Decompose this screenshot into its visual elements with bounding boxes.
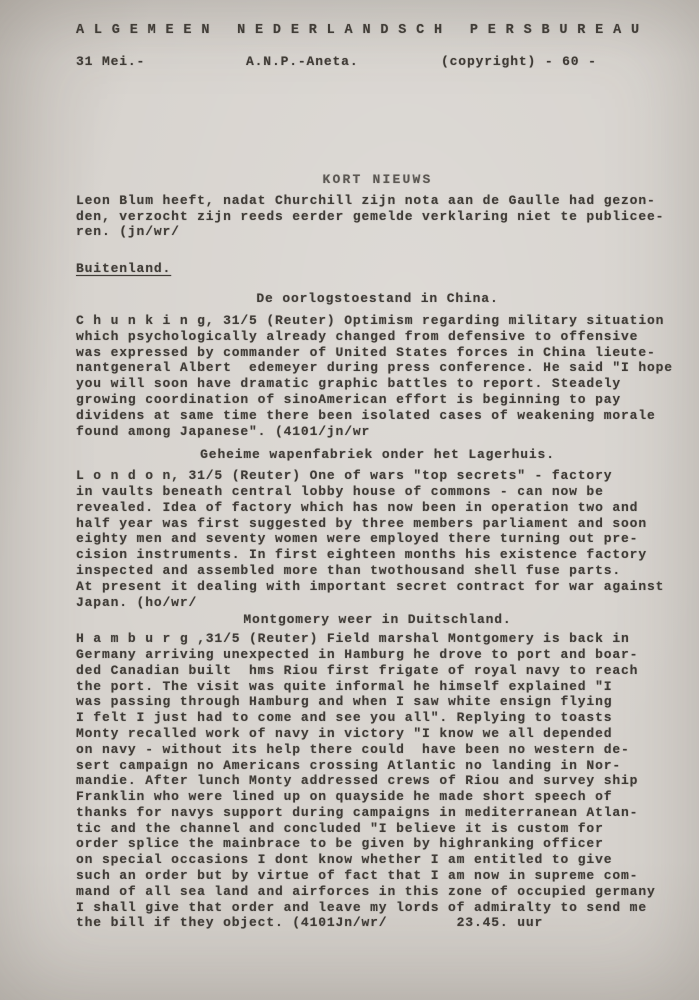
bulletin-body: KORT NIEUWS Leon Blum heeft, nadat Churc… xyxy=(76,172,679,931)
page-content: A L G E M E E N N E D E R L A N D S C H … xyxy=(0,0,699,931)
text-line: half year was first suggested by three m… xyxy=(76,516,679,532)
text-line: thanks for navys support during campaign… xyxy=(76,805,679,821)
text-line: mandie. After lunch Monty addressed crew… xyxy=(76,773,679,789)
text-line: Monty recalled work of navy in victory "… xyxy=(76,726,679,742)
buitenland-section-label: Buitenland. xyxy=(76,261,171,277)
dateline-row: 31 Mei.- A.N.P.-Aneta. (copyright) - 60 … xyxy=(76,54,679,71)
copyright-note: (copyright) - 60 - xyxy=(441,54,597,70)
text-line: inspected and assembled more than twotho… xyxy=(76,563,679,579)
text-line: revealed. Idea of factory which has now … xyxy=(76,500,679,516)
article-body-montgomery-germany: H a m b u r g ,31/5 (Reuter) Field marsh… xyxy=(76,631,679,931)
text-line: was expressed by commander of United Sta… xyxy=(76,345,679,361)
text-line: At present it dealing with important sec… xyxy=(76,579,679,595)
text-line: tic and the channel and concluded "I bel… xyxy=(76,821,679,837)
text-line: mand of all sea land and airforces in th… xyxy=(76,884,679,900)
text-line: Japan. (ho/wr/ xyxy=(76,595,679,611)
text-line: found among Japanese". (4101/jn/wr xyxy=(76,424,679,440)
text-line: which psychologically already changed fr… xyxy=(76,329,679,345)
article-body-secret-weapons-factory: L o n d o n, 31/5 (Reuter) One of wars "… xyxy=(76,468,679,610)
text-line: cision instruments. In first eighteen mo… xyxy=(76,547,679,563)
text-line: L o n d o n, 31/5 (Reuter) One of wars "… xyxy=(76,468,679,484)
bulletin-header: A L G E M E E N N E D E R L A N D S C H … xyxy=(76,22,679,71)
agency-name: A L G E M E E N N E D E R L A N D S C H … xyxy=(76,22,679,40)
issue-date: 31 Mei.- xyxy=(76,54,145,70)
text-line: I felt I just had to come and see you al… xyxy=(76,710,679,726)
text-line: in vaults beneath central lobby house of… xyxy=(76,484,679,500)
text-line: Germany arriving unexpected in Hamburg h… xyxy=(76,647,679,663)
text-line: growing coordination of sinoAmerican eff… xyxy=(76,392,679,408)
text-line: was passing through Hamburg and when I s… xyxy=(76,694,679,710)
text-line: C h u n k i n g, 31/5 (Reuter) Optimism … xyxy=(76,313,679,329)
text-line: on navy - without its help there could h… xyxy=(76,742,679,758)
text-line: Franklin who were lined up on quayside h… xyxy=(76,789,679,805)
text-line: den, verzocht zijn reeds eerder gemelde … xyxy=(76,209,679,225)
text-line: H a m b u r g ,31/5 (Reuter) Field marsh… xyxy=(76,631,679,647)
text-line: nantgeneral Albert edemeyer during press… xyxy=(76,360,679,376)
scanned-document-page: A L G E M E E N N E D E R L A N D S C H … xyxy=(0,0,699,1000)
article-body-china-war-situation: C h u n k i n g, 31/5 (Reuter) Optimism … xyxy=(76,313,679,439)
text-line: such an order but by virtue of fact that… xyxy=(76,868,679,884)
text-line: ded Canadian built hms Riou first frigat… xyxy=(76,663,679,679)
agency-short-name: A.N.P.-Aneta. xyxy=(246,54,358,70)
text-line: order splice the mainbrace to be given b… xyxy=(76,836,679,852)
kort-nieuws-paragraph: Leon Blum heeft, nadat Churchill zijn no… xyxy=(76,193,679,240)
article-title-montgomery-germany: Montgomery weer in Duitschland. xyxy=(76,612,679,628)
text-line: eighty men and seventy women were employ… xyxy=(76,531,679,547)
section-title-kort-nieuws: KORT NIEUWS xyxy=(76,172,679,188)
text-line: I shall give that order and leave my lor… xyxy=(76,900,679,916)
article-title-secret-weapons-factory: Geheime wapenfabriek onder het Lagerhuis… xyxy=(76,447,679,463)
text-line: the port. The visit was quite informal h… xyxy=(76,679,679,695)
text-line: the bill if they object. (4101Jn/wr/ 23.… xyxy=(76,915,679,931)
text-line: Leon Blum heeft, nadat Churchill zijn no… xyxy=(76,193,679,209)
text-line: on special occasions I dont know whether… xyxy=(76,852,679,868)
text-line: you will soon have dramatic graphic batt… xyxy=(76,376,679,392)
text-line: ren. (jn/wr/ xyxy=(76,224,679,240)
text-line: sert campaign no Americans crossing Atla… xyxy=(76,758,679,774)
text-line: dividens at same time there been isolate… xyxy=(76,408,679,424)
article-title-china-war-situation: De oorlogstoestand in China. xyxy=(76,291,679,307)
